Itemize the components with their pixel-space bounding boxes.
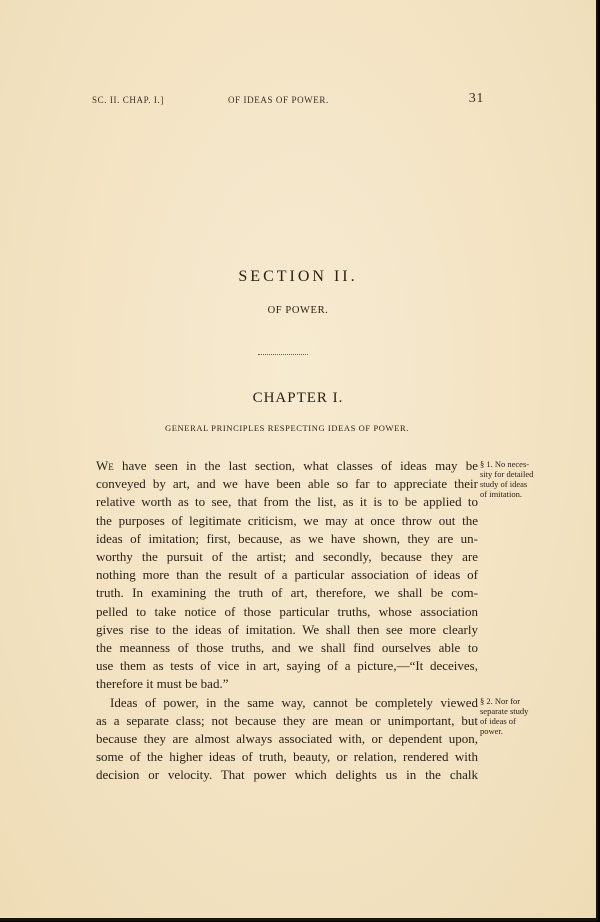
body-text: We have seen in the last section, what c… — [96, 457, 478, 785]
paragraph-1-line: relative worth as to see, that from the … — [96, 493, 478, 511]
paragraph-2-line: Ideas of power, in the same way, cannot … — [96, 694, 478, 712]
paragraph-1-line: conveyed by art, and we have been able s… — [96, 475, 478, 493]
running-head-title: OF IDEAS OF POWER. — [228, 95, 329, 105]
paragraph-1-line: We have seen in the last section, what c… — [96, 457, 478, 475]
running-head-left: SC. II. CHAP. I.] — [92, 95, 164, 105]
paragraph-1-line: truth. In examining the truth of art, th… — [96, 584, 478, 602]
paragraph-1-line: the purposes of legitimate criticism, we… — [96, 512, 478, 530]
paragraph-2-line: decision or velocity. That power which d… — [96, 766, 478, 784]
drop-word: We — [96, 458, 114, 473]
ornament-divider — [258, 354, 308, 355]
sidenote-1: § 1. No neces- sity for detailed study o… — [480, 459, 556, 499]
paragraph-1-line: nothing more than the result of a partic… — [96, 566, 478, 584]
paragraph-2-line: as a separate class; not because they ar… — [96, 712, 478, 730]
chapter-subtitle: GENERAL PRINCIPLES RESPECTING IDEAS OF P… — [0, 423, 574, 433]
paragraph-1-line: pelled to take notice of those particula… — [96, 603, 478, 621]
section-subtitle: OF POWER. — [0, 305, 596, 316]
book-page: SC. II. CHAP. I.] OF IDEAS OF POWER. 31 … — [0, 0, 598, 921]
running-head: SC. II. CHAP. I.] OF IDEAS OF POWER. 31 — [92, 95, 472, 113]
paragraph-1-line: therefore it must be bad.” — [96, 675, 478, 693]
sidenote-2: § 2. Nor for separate study of ideas of … — [480, 696, 556, 736]
paragraph-1-line: worthy the pursuit of the artist; and se… — [96, 548, 478, 566]
paragraph-1-line: ideas of imitation; first, because, as w… — [96, 530, 478, 548]
paragraph-1-line: use them as tests of vice in art, saying… — [96, 657, 478, 675]
paragraph-2-line: because they are almost always associate… — [96, 730, 478, 748]
paragraph-1-line: the meanness of those truths, and we sha… — [96, 639, 478, 657]
paragraph-1-line: gives rise to the ideas of imitation. We… — [96, 621, 478, 639]
section-title: SECTION II. — [0, 268, 596, 286]
chapter-title: CHAPTER I. — [0, 390, 596, 407]
paragraph-2-line: some of the higher ideas of truth, beaut… — [96, 748, 478, 766]
page-number: 31 — [469, 91, 484, 107]
